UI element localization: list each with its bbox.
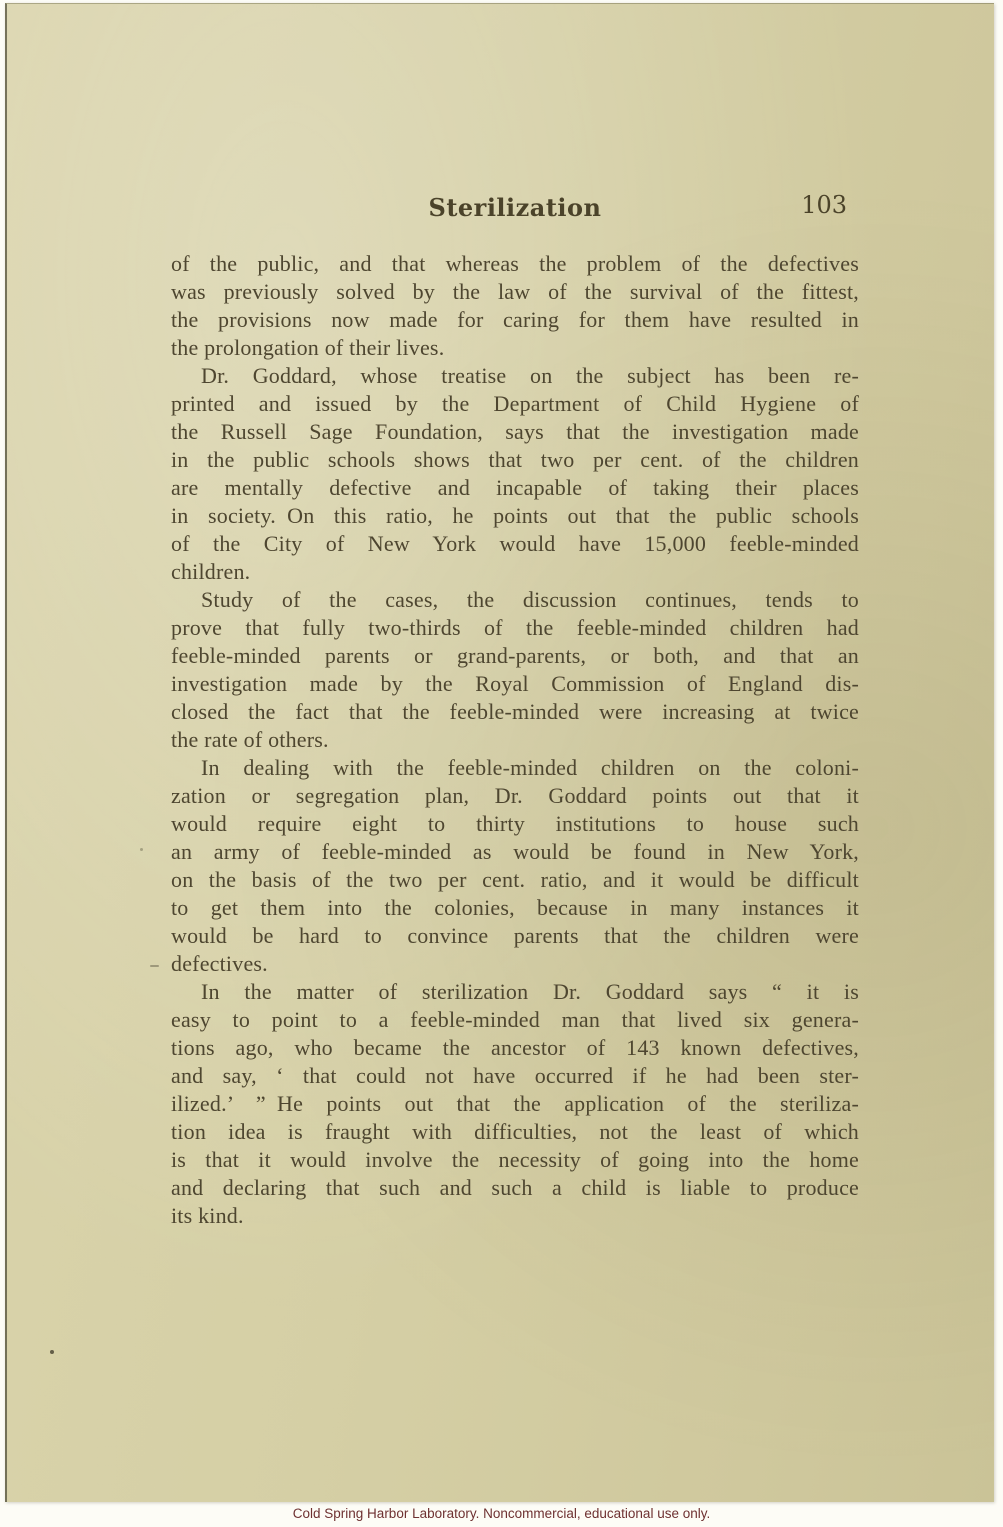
text-line: is that it would involve the necessity o… xyxy=(171,1146,859,1174)
text-line: are mentally defective and incapable of … xyxy=(171,474,859,502)
text-line: defectives. xyxy=(171,950,859,978)
text-line: would be hard to convince parents that t… xyxy=(171,922,859,950)
text-line: zation or segregation plan, Dr. Goddard … xyxy=(171,782,859,810)
text-line: and say, ‘ that could not have occurred … xyxy=(171,1062,859,1090)
text-line: ilized.’ ” He points out that the applic… xyxy=(171,1090,859,1118)
archive-credit: Cold Spring Harbor Laboratory. Noncommer… xyxy=(0,1506,1003,1521)
text-line: Study of the cases, the discussion conti… xyxy=(171,586,859,614)
text-line: investigation made by the Royal Commissi… xyxy=(171,670,859,698)
scan-speck xyxy=(50,1350,54,1354)
text-line: to get them into the colonies, because i… xyxy=(171,894,859,922)
scanned-page-viewport: Sterilization 103 of the public, and tha… xyxy=(0,0,1003,1527)
paragraph: Dr. Goddard, whose treatise on the subje… xyxy=(171,362,859,586)
text-line: of the public, and that whereas the prob… xyxy=(171,250,859,278)
text-line: In the matter of sterilization Dr. Godda… xyxy=(171,978,859,1006)
text-line: children. xyxy=(171,558,859,586)
text-line: printed and issued by the Department of … xyxy=(171,390,859,418)
text-line: on the basis of the two per cent. ratio,… xyxy=(171,866,859,894)
page-number: 103 xyxy=(801,191,847,219)
paragraph: In dealing with the feeble-minded childr… xyxy=(171,754,859,978)
text-line: tions ago, who became the ancestor of 14… xyxy=(171,1034,859,1062)
paragraph: of the public, and that whereas the prob… xyxy=(171,250,859,362)
paragraph: Study of the cases, the discussion conti… xyxy=(171,586,859,754)
text-line: was previously solved by the law of the … xyxy=(171,278,859,306)
running-title: Sterilization xyxy=(171,193,859,222)
book-page: Sterilization 103 of the public, and tha… xyxy=(5,3,994,1502)
text-line: prove that fully two-thirds of the feebl… xyxy=(171,614,859,642)
text-line: in the public schools shows that two per… xyxy=(171,446,859,474)
text-line: the Russell Sage Foundation, says that t… xyxy=(171,418,859,446)
scan-speck xyxy=(150,965,159,967)
body-text: of the public, and that whereas the prob… xyxy=(171,250,859,1230)
text-line: tion idea is fraught with difficulties, … xyxy=(171,1118,859,1146)
text-line: its kind. xyxy=(171,1202,859,1230)
text-line: feeble-minded parents or grand-parents, … xyxy=(171,642,859,670)
text-line: In dealing with the feeble-minded childr… xyxy=(171,754,859,782)
text-line: easy to point to a feeble-minded man tha… xyxy=(171,1006,859,1034)
text-line: closed the fact that the feeble-minded w… xyxy=(171,698,859,726)
text-line: the prolongation of their lives. xyxy=(171,334,859,362)
scan-speck xyxy=(140,848,143,851)
text-line: the rate of others. xyxy=(171,726,859,754)
text-line: of the City of New York would have 15,00… xyxy=(171,530,859,558)
text-line: Dr. Goddard, whose treatise on the subje… xyxy=(171,362,859,390)
paragraph: In the matter of sterilization Dr. Godda… xyxy=(171,978,859,1230)
page-header: Sterilization 103 xyxy=(171,193,859,227)
text-line: and declaring that such and such a child… xyxy=(171,1174,859,1202)
text-line: an army of feeble-minded as would be fou… xyxy=(171,838,859,866)
text-line: would require eight to thirty institutio… xyxy=(171,810,859,838)
text-line: in society. On this ratio, he points out… xyxy=(171,502,859,530)
text-line: the provisions now made for caring for t… xyxy=(171,306,859,334)
